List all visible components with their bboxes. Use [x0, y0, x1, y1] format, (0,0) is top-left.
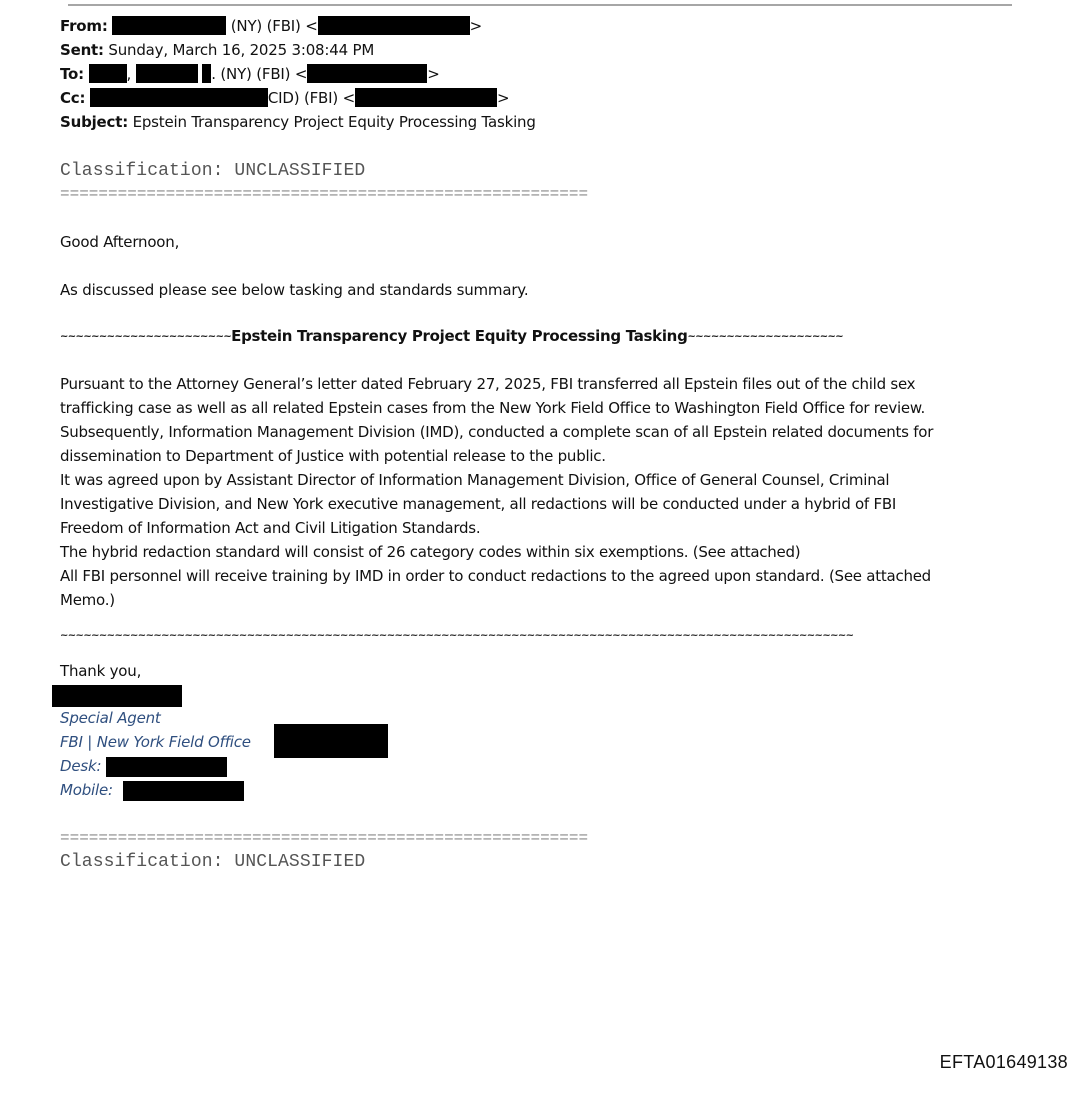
body-line: It was agreed upon by Assistant Director… [60, 468, 1020, 492]
redaction-block [318, 16, 470, 35]
closing: Thank you, [60, 659, 141, 683]
classification-rule-bottom: ========================================… [60, 827, 588, 849]
redaction-block [112, 16, 226, 35]
body-line: Pursuant to the Attorney General’s lette… [60, 372, 1020, 396]
body-line: trafficking case as well as all related … [60, 396, 1020, 420]
body-line: The hybrid redaction standard will consi… [60, 540, 1020, 564]
signature-office: FBI | New York Field Office [60, 730, 251, 754]
sent-value: Sunday, March 16, 2025 3:08:44 PM [104, 41, 374, 59]
body-line: Memo.) [60, 588, 1020, 612]
signature-mobile: Mobile: [60, 778, 113, 802]
body-line: dissemination to Department of Justice w… [60, 444, 1020, 468]
mobile-redaction [123, 781, 244, 801]
greeting: Good Afternoon, [60, 230, 179, 254]
signature-desk: Desk: [60, 754, 101, 778]
cc-text: CID) (FBI) < [268, 89, 355, 107]
body-line: All FBI personnel will receive training … [60, 564, 1020, 588]
tilde-decoration-left: ~~~~~~~~~~~~~~~~~~~~~~ [60, 331, 231, 342]
from-line: From: (NY) (FBI) <> [60, 16, 482, 36]
section-title-text: Epstein Transparency Project Equity Proc… [231, 327, 687, 345]
classification-bottom: Classification: UNCLASSIFIED [60, 851, 365, 873]
body-paragraph: Pursuant to the Attorney General’s lette… [60, 372, 1020, 612]
top-divider [68, 4, 1012, 6]
document-id: EFTA01649138 [940, 1052, 1068, 1073]
cc-label: Cc: [60, 89, 85, 107]
cc-line: Cc: CID) (FBI) <> [60, 88, 509, 108]
redaction-block [89, 64, 127, 83]
sent-line: Sent: Sunday, March 16, 2025 3:08:44 PM [60, 40, 374, 60]
tilde-decoration-right: ~~~~~~~~~~~~~~~~~~~~ [688, 331, 844, 342]
from-text: (NY) (FBI) < [226, 17, 317, 35]
redaction-block [202, 64, 211, 83]
redaction-block [136, 64, 198, 83]
redaction-block [307, 64, 427, 83]
intro-line: As discussed please see below tasking an… [60, 278, 528, 302]
desk-redaction [106, 757, 227, 777]
from-label: From: [60, 17, 108, 35]
to-text: . (NY) (FBI) < [211, 65, 307, 83]
classification-top: Classification: UNCLASSIFIED [60, 160, 365, 182]
closing-tilde-divider: ~~~~~~~~~~~~~~~~~~~~~~~~~~~~~~~~~~~~~~~~… [60, 630, 853, 641]
body-line: Freedom of Information Act and Civil Lit… [60, 516, 1020, 540]
signature-name-redaction [52, 685, 182, 707]
classification-rule-top: ========================================… [60, 183, 588, 205]
to-label: To: [60, 65, 84, 83]
to-line: To: , . (NY) (FBI) <> [60, 64, 440, 84]
subject-label: Subject: [60, 113, 128, 131]
body-line: Subsequently, Information Management Div… [60, 420, 1020, 444]
redaction-block [355, 88, 497, 107]
subject-value: Epstein Transparency Project Equity Proc… [128, 113, 536, 131]
subject-line: Subject: Epstein Transparency Project Eq… [60, 112, 536, 132]
section-title: ~~~~~~~~~~~~~~~~~~~~~~Epstein Transparen… [60, 324, 843, 349]
office-redaction [274, 724, 388, 758]
signature-title: Special Agent [60, 706, 161, 730]
body-line: Investigative Division, and New York exe… [60, 492, 1020, 516]
redaction-block [90, 88, 268, 107]
sent-label: Sent: [60, 41, 104, 59]
